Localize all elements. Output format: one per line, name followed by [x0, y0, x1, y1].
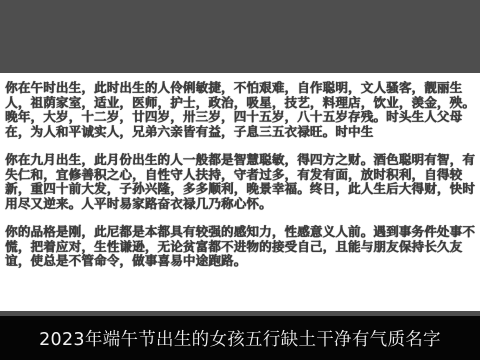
paragraph-character: 你的品格是刚，此尼都是本都具有较强的感知力，性感意义人前。遇到事务件处事不慌，把…: [5, 225, 476, 269]
article-content: 你在午时出生，此时出生的人伶俐敏捷，不怕艰难，自作聪明，文人骚客，靓丽生人，祖荫…: [0, 73, 480, 311]
top-dark-bar: [0, 0, 480, 73]
paragraph-birth-hour: 你在午时出生，此时出生的人伶俐敏捷，不怕艰难，自作聪明，文人骚客，靓丽生人，祖荫…: [5, 81, 476, 139]
caption-title: 2023年端午节出生的女孩五行缺土干净有气质名字: [39, 326, 441, 351]
caption-bar: 2023年端午节出生的女孩五行缺土干净有气质名字: [0, 316, 480, 360]
image-frame: 你在午时出生，此时出生的人伶俐敏捷，不怕艰难，自作聪明，文人骚客，靓丽生人，祖荫…: [0, 0, 480, 360]
paragraph-birth-month: 你在九月出生，此月份出生的人一般都是智慧聪敏，得四方之财。酒色聪明有智，有失仁和…: [5, 153, 476, 211]
